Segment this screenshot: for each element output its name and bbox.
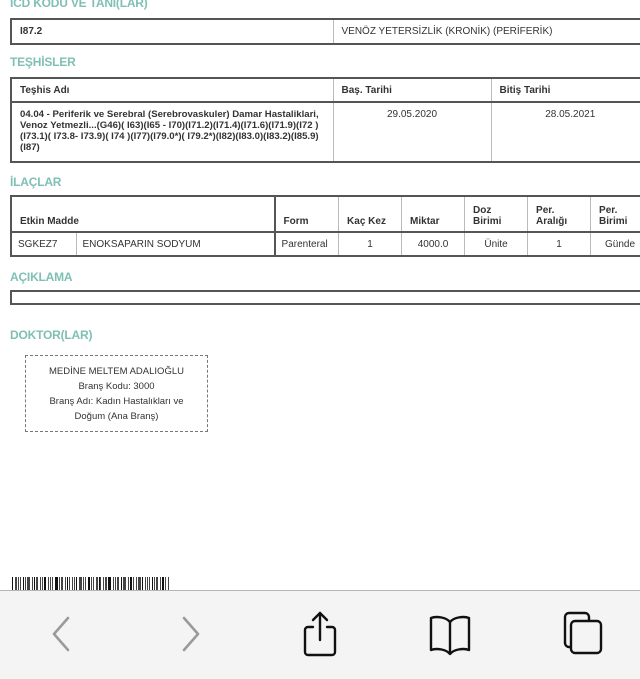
diagnoses-table: Teşhis Adı Baş. Tarihi Bitiş Tarihi 04.0… — [10, 77, 640, 163]
icd-table: I87.2 VENÖZ YETERSİZLİK (KRONİK) (PERİFE… — [10, 18, 640, 45]
header-end-date: Bitiş Tarihi — [491, 78, 640, 102]
barcode — [12, 577, 170, 590]
header-active-ingredient: Etkin Madde — [11, 196, 275, 232]
drug-times: 1 — [339, 232, 402, 256]
forward-button[interactable] — [166, 609, 216, 659]
table-header-row: Etkin Madde Form Kaç Kez Miktar Doz Biri… — [11, 196, 640, 232]
doctor-card: MEDİNE MELTEM ADALIOĞLU Branş Kodu: 3000… — [25, 355, 208, 432]
diagnosis-end-date: 28.05.2021 — [491, 102, 640, 162]
doctor-name: MEDİNE MELTEM ADALIOĞLU — [26, 364, 207, 379]
table-header-row: Teşhis Adı Baş. Tarihi Bitiş Tarihi — [11, 78, 640, 102]
drug-period-unit: Günde — [591, 232, 640, 256]
header-period-interval-label: Per. Aralığı — [536, 205, 576, 227]
book-icon — [426, 612, 474, 656]
table-row: 04.04 - Periferik ve Serebral (Serebrova… — [11, 102, 640, 162]
drug-period-interval: 1 — [528, 232, 591, 256]
description-box — [10, 290, 640, 305]
doctor-branch-name: Branş Adı: Kadın Hastalıkları ve Doğum (… — [26, 394, 207, 424]
drug-code: SGKEZ7 — [11, 232, 76, 256]
section-title-description: AÇIKLAMA — [10, 270, 72, 284]
back-button[interactable] — [36, 609, 86, 659]
header-dose-unit-label: Doz Birimi — [473, 205, 513, 227]
drugs-table: Etkin Madde Form Kaç Kez Miktar Doz Biri… — [10, 195, 640, 257]
header-times: Kaç Kez — [339, 196, 402, 232]
table-row: SGKEZ7 ENOKSAPARIN SODYUM Parenteral 1 4… — [11, 232, 640, 256]
header-start-date: Baş. Tarihi — [333, 78, 491, 102]
drug-active-ingredient: ENOKSAPARIN SODYUM — [76, 232, 275, 256]
share-icon — [298, 609, 342, 659]
tabs-button[interactable] — [555, 609, 605, 659]
drug-amount: 4000.0 — [402, 232, 465, 256]
section-title-doctors: DOKTOR(LAR) — [10, 328, 92, 342]
diagnosis-name: 04.04 - Periferik ve Serebral (Serebrova… — [11, 102, 333, 162]
icd-code: I87.2 — [11, 19, 333, 44]
doctor-branch-code: Branş Kodu: 3000 — [26, 379, 207, 394]
section-title-drugs: İLAÇLAR — [10, 175, 61, 189]
drug-dose-unit: Ünite — [465, 232, 528, 256]
table-row: I87.2 VENÖZ YETERSİZLİK (KRONİK) (PERİFE… — [11, 19, 640, 44]
tabs-icon — [555, 609, 605, 659]
chevron-right-icon — [176, 614, 206, 654]
header-amount: Miktar — [402, 196, 465, 232]
section-title-diagnoses: TEŞHİSLER — [10, 55, 76, 69]
drug-form: Parenteral — [275, 232, 339, 256]
bookmarks-button[interactable] — [425, 609, 475, 659]
header-dose-unit: Doz Birimi — [465, 196, 528, 232]
header-period-unit: Per. Birimi — [591, 196, 640, 232]
diagnosis-start-date: 29.05.2020 — [333, 102, 491, 162]
header-period-unit-label: Per. Birimi — [599, 205, 639, 227]
section-title-icd: İCD KODU VE TANI(LAR) — [10, 0, 148, 10]
header-period-interval: Per. Aralığı — [528, 196, 591, 232]
header-form: Form — [275, 196, 339, 232]
share-button[interactable] — [295, 609, 345, 659]
icd-name: VENÖZ YETERSİZLİK (KRONİK) (PERİFERİK) — [333, 19, 640, 44]
header-diagnosis-name: Teşhis Adı — [11, 78, 333, 102]
chevron-left-icon — [46, 614, 76, 654]
browser-toolbar — [0, 590, 640, 679]
